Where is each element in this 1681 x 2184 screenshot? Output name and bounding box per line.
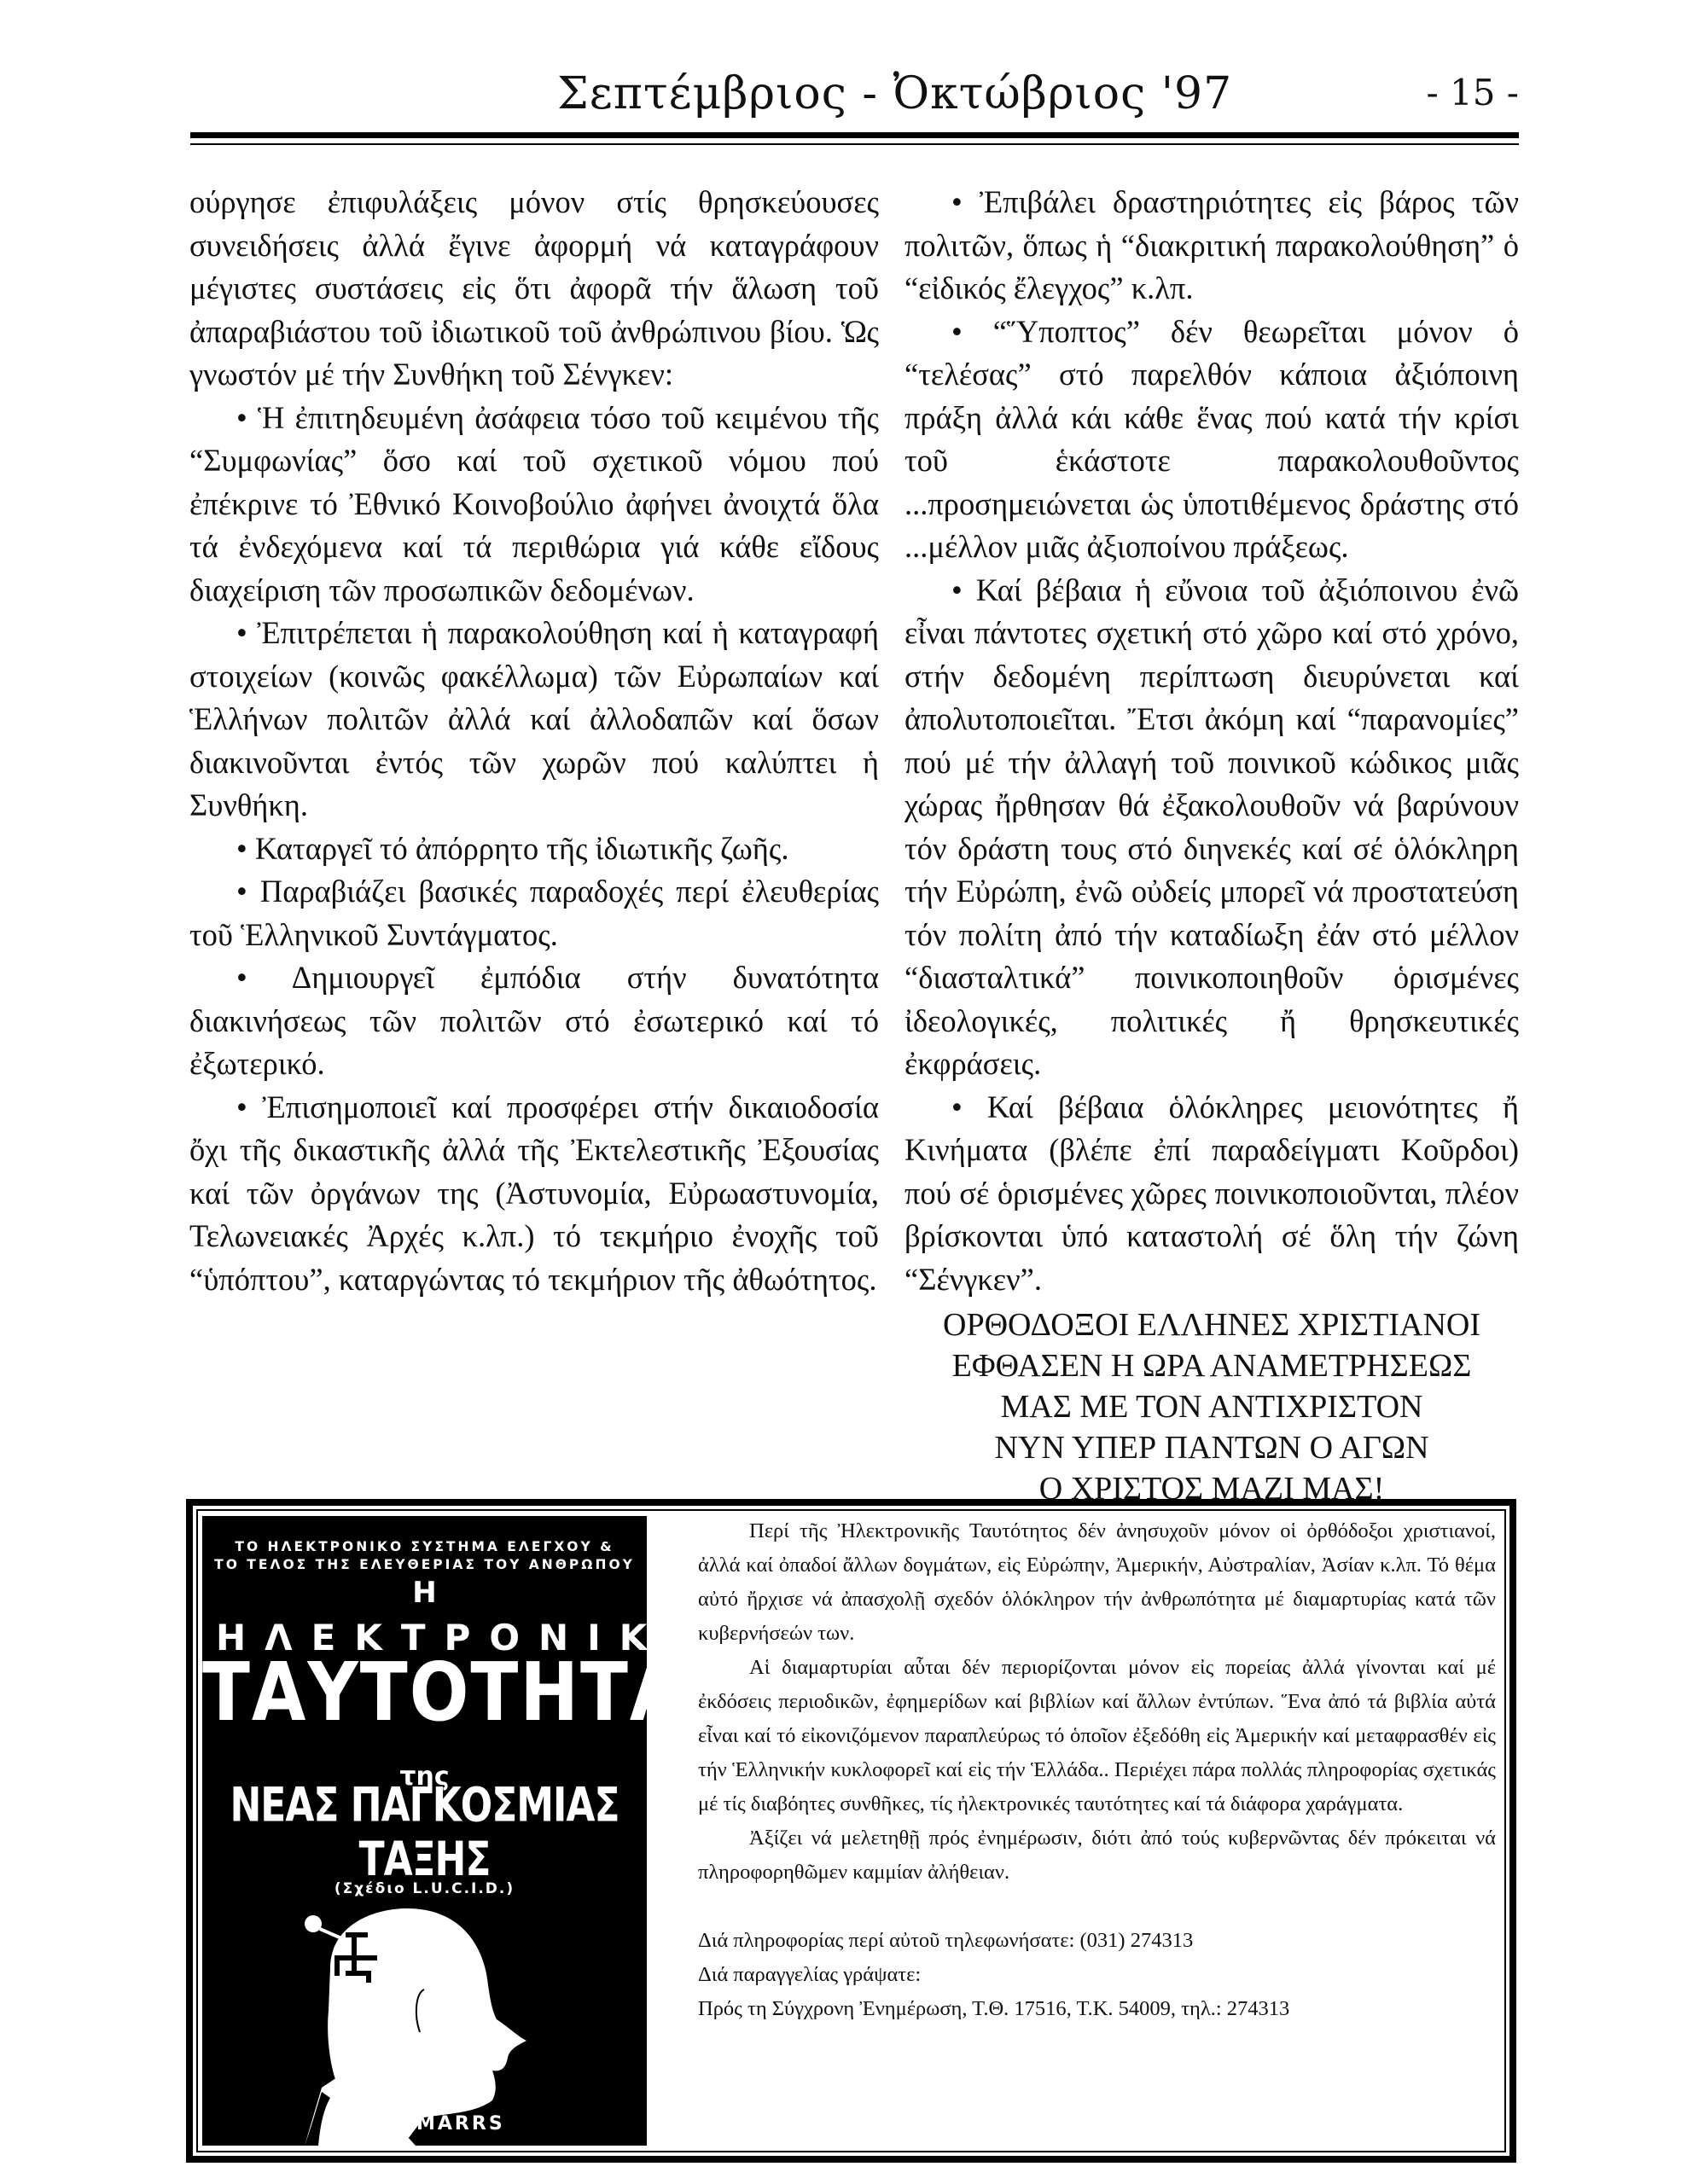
left-column: ούργησε ἐπιφυλάξεις μόνον στίς θρησκεύου… xyxy=(189,181,879,1301)
bullet-paragraph: Ἐπιτρέπεται ἡ παρακολούθηση καί ἡ καταγρ… xyxy=(189,612,879,828)
contact-order-line: Διά παραγγελίας γράψατε: xyxy=(698,1958,1496,1992)
book-cover: ΤΟ ΗΛΕΚΤΡΟΝΙΚΟ ΣΥΣΤΗΜΑ ΕΛΕΓΧΟΥ & ΤΟ ΤΕΛΟ… xyxy=(202,1516,647,2146)
page-number: - 15 - xyxy=(1426,72,1519,113)
cover-author: TEXE MARRS xyxy=(202,2113,647,2135)
advert-paragraph: Αἱ διαμαρτυρίαι αὗται δέν περιορίζονται … xyxy=(698,1651,1496,1821)
exhortation-line: ΝΥΝ ΥΠΕΡ ΠΑΝΤΩΝ Ο ΑΓΩΝ xyxy=(904,1427,1519,1468)
bullet-paragraph: “Ὕποπτος” δέν θεωρεῖται μόνον ὁ “τελέσας… xyxy=(904,311,1519,569)
closing-exhortation: ΟΡΘΟΔΟΞΟΙ ΕΛΛΗΝΕΣ ΧΡΙΣΤΙΑΝΟΙ ΕΦΘΑΣΕΝ Η Ω… xyxy=(904,1304,1519,1509)
contact-phone-line: Διά πληροφορίας περί αὐτοῦ τηλεφωνήσατε:… xyxy=(698,1924,1496,1958)
bullet-paragraph: Δημιουργεῖ ἐμπόδια στήν δυνατότητα διακι… xyxy=(189,956,879,1086)
contact-address-line: Πρός τη Σύγχρονη Ἐνημέρωση, Τ.Θ. 17516, … xyxy=(698,1992,1496,2026)
exhortation-line: ΕΦΘΑΣΕΝ Η ΩΡΑ ΑΝΑΜΕΤΡΗΣΕΩΣ xyxy=(904,1345,1519,1386)
header-rule-thin xyxy=(190,143,1519,145)
bullet-paragraph: Καί βέβαια ὁλόκληρες μειονότητες ἤ Κινήμ… xyxy=(904,1086,1519,1302)
issue-date-title: Σεπτέμβριος - Ὀκτώβριος '97 xyxy=(557,68,1232,119)
cover-subtitle-line: ΤΟ ΗΛΕΚΤΡΟΝΙΚΟ ΣΥΣΤΗΜΑ ΕΛΕΓΧΟΥ & xyxy=(202,1538,647,1556)
cover-subtitle: ΤΟ ΗΛΕΚΤΡΟΝΙΚΟ ΣΥΣΤΗΜΑ ΕΛΕΓΧΟΥ & ΤΟ ΤΕΛΟ… xyxy=(202,1538,647,1574)
cover-title-identity: ΤΑΥΤΟΤΗΤΑ xyxy=(202,1647,647,1740)
paragraph: ούργησε ἐπιφυλάξεις μόνον στίς θρησκεύου… xyxy=(189,181,879,397)
cover-title-article: Η xyxy=(202,1576,647,1610)
page-header: Σεπτέμβριος - Ὀκτώβριος '97 - 15 - xyxy=(190,68,1519,119)
right-column: Ἐπιβάλει δραστηριότητες εἰς βάρος τῶν πο… xyxy=(904,181,1519,1509)
header-rule-thick xyxy=(190,132,1519,138)
bullet-paragraph: Παραβιάζει βασικές παραδοχές περί ἐλευθε… xyxy=(189,870,879,956)
head-profile-illustration-icon xyxy=(202,1908,647,2146)
bullet-paragraph: Ἐπισημοποιεῖ καί προσφέρει στήν δικαιοδο… xyxy=(189,1086,879,1302)
book-advert-text: Περί τῆς Ἠλεκτρονικῆς Ταυτότητος δέν ἀνη… xyxy=(698,1514,1496,2026)
cover-plan-name: (Σχέδιο L.U.C.I.D.) xyxy=(202,1880,647,1897)
advert-paragraph: Ἀξίζει νά μελετηθῇ πρός ἐνημέρωσιν, διότ… xyxy=(698,1821,1496,1890)
cover-title-new-world-order: ΝΕΑΣ ΠΑΓΚΟΣΜΙΑΣ ΤΑΞΗΣ xyxy=(202,1778,647,1887)
bullet-paragraph: Ἡ ἐπιτηδευμένη ἀσάφεια τόσο τοῦ κειμένου… xyxy=(189,397,879,613)
exhortation-line: ΜΑΣ ΜΕ ΤΟΝ ΑΝΤΙΧΡΙΣΤΟΝ xyxy=(904,1386,1519,1427)
advert-paragraph: Περί τῆς Ἠλεκτρονικῆς Ταυτότητος δέν ἀνη… xyxy=(698,1514,1496,1651)
bullet-paragraph: Ἐπιβάλει δραστηριότητες εἰς βάρος τῶν πο… xyxy=(904,181,1519,311)
exhortation-line: ΟΡΘΟΔΟΞΟΙ ΕΛΛΗΝΕΣ ΧΡΙΣΤΙΑΝΟΙ xyxy=(904,1304,1519,1345)
cover-subtitle-line: ΤΟ ΤΕΛΟΣ ΤΗΣ ΕΛΕΥΘΕΡΙΑΣ ΤΟΥ ΑΝΘΡΩΠΟΥ xyxy=(202,1556,647,1574)
contact-info: Διά πληροφορίας περί αὐτοῦ τηλεφωνήσατε:… xyxy=(698,1924,1496,2026)
bullet-paragraph: Καί βέβαια ἡ εὔνοια τοῦ ἀξιόποινου ἐνῶ ε… xyxy=(904,569,1519,1086)
bullet-paragraph: Καταργεῖ τό ἀπόρρητο τῆς ἰδιωτικῆς ζωῆς. xyxy=(189,828,879,871)
